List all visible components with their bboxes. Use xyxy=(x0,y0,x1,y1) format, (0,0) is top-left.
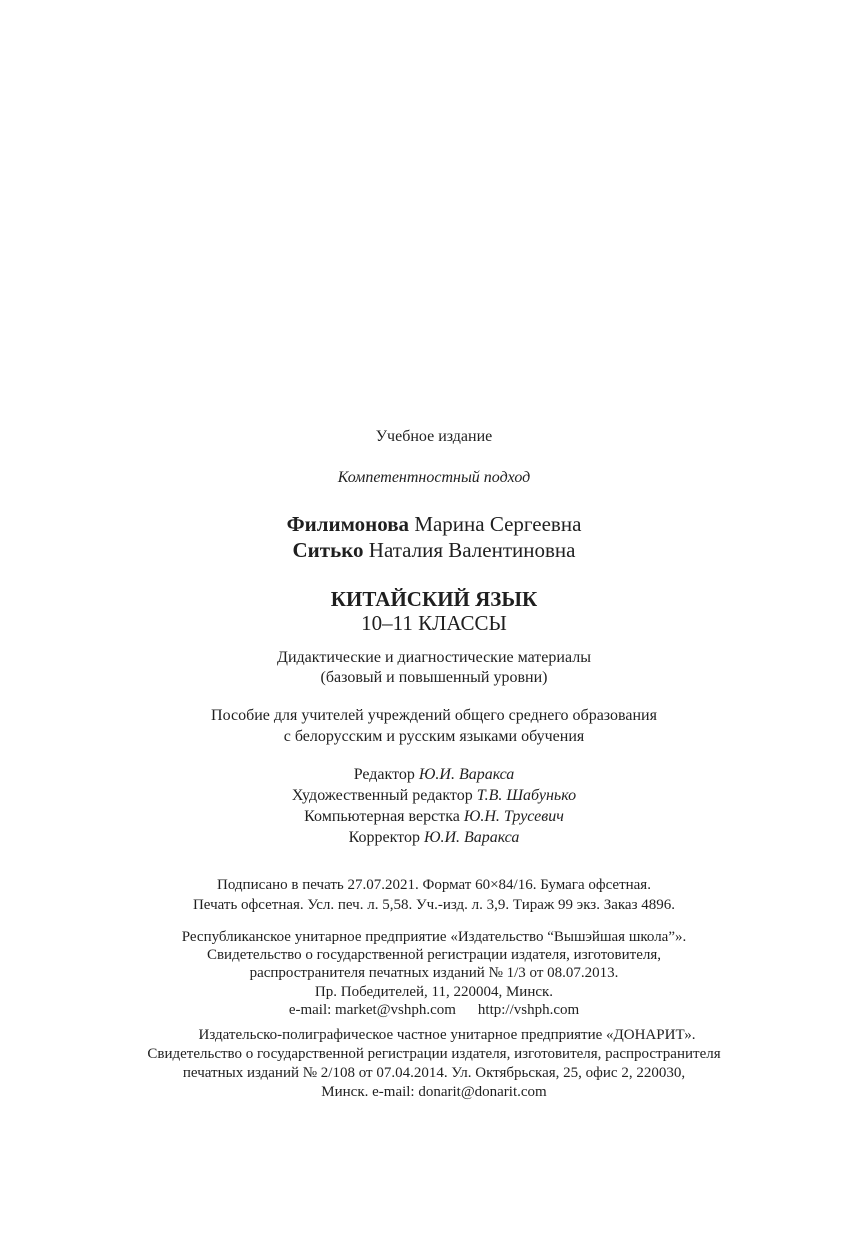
publisher-line-1: Республиканское унитарное предприятие «И… xyxy=(0,929,868,946)
credit-name: Ю.И. Варакса xyxy=(419,766,514,783)
author-2-surname: Ситько xyxy=(293,538,364,562)
publisher-website[interactable]: http://vshph.com xyxy=(478,1002,579,1018)
print-info-line-1: Подписано в печать 27.07.2021. Формат 60… xyxy=(0,877,868,894)
edition-type: Учебное издание xyxy=(0,428,868,446)
purpose-line-1: Пособие для учителей учреждений общего с… xyxy=(0,707,868,725)
author-2: Ситько Наталия Валентиновна xyxy=(0,538,868,563)
credit-role: Редактор xyxy=(354,766,415,783)
subtitle-line-1: Дидактические и диагностические материал… xyxy=(0,649,868,667)
credit-layout: Компьютерная верстка Ю.Н. Трусевич xyxy=(0,808,868,826)
printer-line-2: Свидетельство о государственной регистра… xyxy=(0,1046,868,1063)
credit-role: Корректор xyxy=(349,829,420,846)
author-2-given: Наталия Валентиновна xyxy=(369,538,576,562)
publisher-line-3: распространителя печатных изданий № 1/3 … xyxy=(0,965,868,982)
print-info-line-2: Печать офсетная. Усл. печ. л. 5,58. Уч.-… xyxy=(0,897,868,914)
printer-line-4: Минск. e-mail: donarit@donarit.com xyxy=(0,1084,868,1101)
credit-name: Ю.И. Варакса xyxy=(424,829,519,846)
printer-line-3: печатных изданий № 2/108 от 07.04.2014. … xyxy=(0,1065,868,1082)
subtitle-line-2: (базовый и повышенный уровни) xyxy=(0,669,868,687)
author-1: Филимонова Марина Сергеевна xyxy=(0,512,868,537)
author-1-given: Марина Сергеевна xyxy=(414,512,581,536)
publisher-contacts: e-mail: market@vshph.comhttp://vshph.com xyxy=(0,1002,868,1019)
credit-editor: Редактор Ю.И. Варакса xyxy=(0,766,868,784)
credit-proofreader: Корректор Ю.И. Варакса xyxy=(0,829,868,847)
credit-name: Т.В. Шабунько xyxy=(477,787,576,804)
book-title: КИТАЙСКИЙ ЯЗЫК xyxy=(0,587,868,612)
publisher-line-2: Свидетельство о государственной регистра… xyxy=(0,947,868,964)
credit-role: Компьютерная верстка xyxy=(304,808,460,825)
credit-role: Художественный редактор xyxy=(292,787,473,804)
publisher-email[interactable]: e-mail: market@vshph.com xyxy=(289,1002,456,1018)
credit-name: Ю.Н. Трусевич xyxy=(464,808,564,825)
credit-art-editor: Художественный редактор Т.В. Шабунько xyxy=(0,787,868,805)
series-name: Компетентностный подход xyxy=(0,469,868,487)
author-1-surname: Филимонова xyxy=(287,512,409,536)
purpose-line-2: с белорусским и русским языками обучения xyxy=(0,728,868,746)
publisher-line-4: Пр. Победителей, 11, 220004, Минск. xyxy=(0,984,868,1001)
book-grades: 10–11 КЛАССЫ xyxy=(0,611,868,636)
printer-line-1: Издательско-полиграфическое частное унит… xyxy=(0,1027,868,1044)
